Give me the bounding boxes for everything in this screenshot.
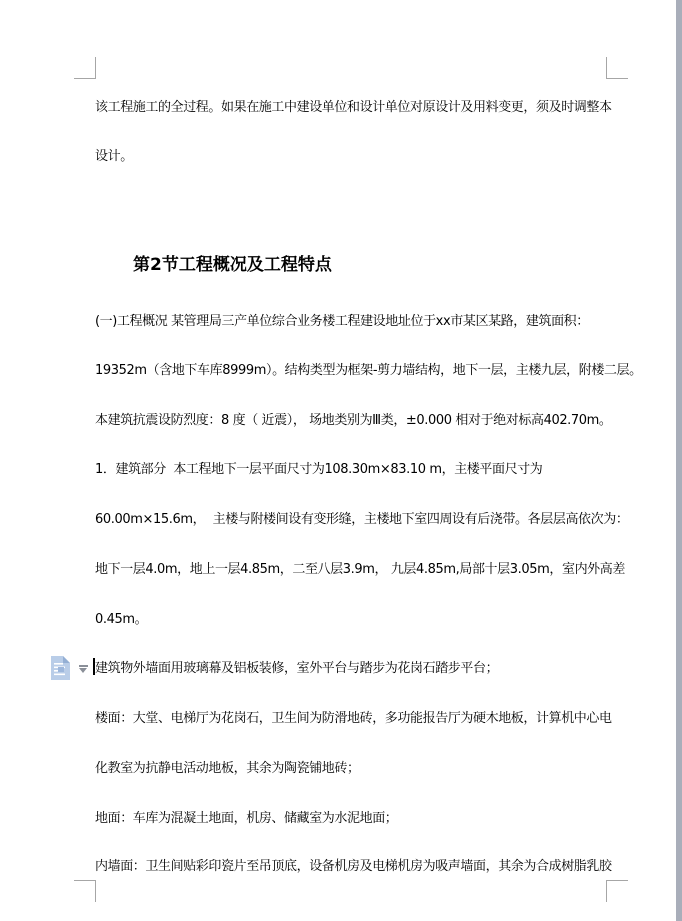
text-line[interactable]: 化教室为抗静电活动地板，其余为陶瓷铺地砖； [95, 760, 615, 778]
document-page[interactable]: 该工程施工的全过程。如果在施工中建设单位和设计单位对原设计及用料变更，须及时调整… [0, 0, 676, 921]
text-line[interactable]: 0.45m。 [95, 611, 615, 629]
window-edge-strip [676, 0, 682, 921]
text-line[interactable]: 19352m（含地下车库8999m）。结构类型为框架-剪力墙结构，地下一层，主楼… [95, 362, 615, 380]
text-line[interactable]: 1．建筑部分 本工程地下一层平面尺寸为108.30m×83.10 m，主楼平面尺… [95, 461, 615, 479]
section-heading[interactable]: 第2节工程概况及工程特点 [133, 250, 332, 275]
text-line[interactable]: 地面：车库为混凝土地面，机房、储藏室为水泥地面； [95, 810, 615, 828]
dropdown-arrow-icon[interactable] [78, 665, 89, 673]
text-line[interactable]: 地下一层4.0m，地上一层4.85m，二至八层3.9m， 九层4.85m,局部十… [95, 561, 615, 579]
text-cursor [93, 658, 95, 675]
text-line[interactable]: 内墙面：卫生间贴彩印瓷片至吊顶底，设备机房及电梯机房为吸声墙面，其余为合成树脂乳… [95, 858, 615, 876]
margin-mark-bottom-right [606, 880, 628, 902]
paste-options-button[interactable] [49, 655, 89, 681]
text-line[interactable]: 建筑物外墙面用玻璃幕及铝板装修，室外平台与踏步为花岗石踏步平台； [95, 660, 615, 678]
margin-mark-top-left [74, 57, 96, 79]
text-line[interactable]: 楼面：大堂、电梯厅为花岗石，卫生间为防滑地砖，多功能报告厅为硬木地板，计算机中心… [95, 710, 615, 728]
text-line[interactable]: 60.00m×15.6m， 主楼与附楼间设有变形缝，主楼地下室四周设有后浇带。各… [95, 511, 615, 529]
text-line[interactable]: 本建筑抗震设防烈度：8 度（ 近震）， 场地类别为Ⅲ类，±0.000 相对于绝对… [95, 412, 615, 430]
margin-mark-top-right [606, 57, 628, 79]
text-line[interactable]: 该工程施工的全过程。如果在施工中建设单位和设计单位对原设计及用料变更，须及时调整… [95, 99, 615, 117]
margin-mark-bottom-left [74, 880, 96, 902]
text-line[interactable]: 设计。 [95, 148, 615, 166]
text-line[interactable]: (一)工程概况 某管理局三产单位综合业务楼工程建设地址位于xx市某区某路，建筑面… [95, 313, 615, 331]
